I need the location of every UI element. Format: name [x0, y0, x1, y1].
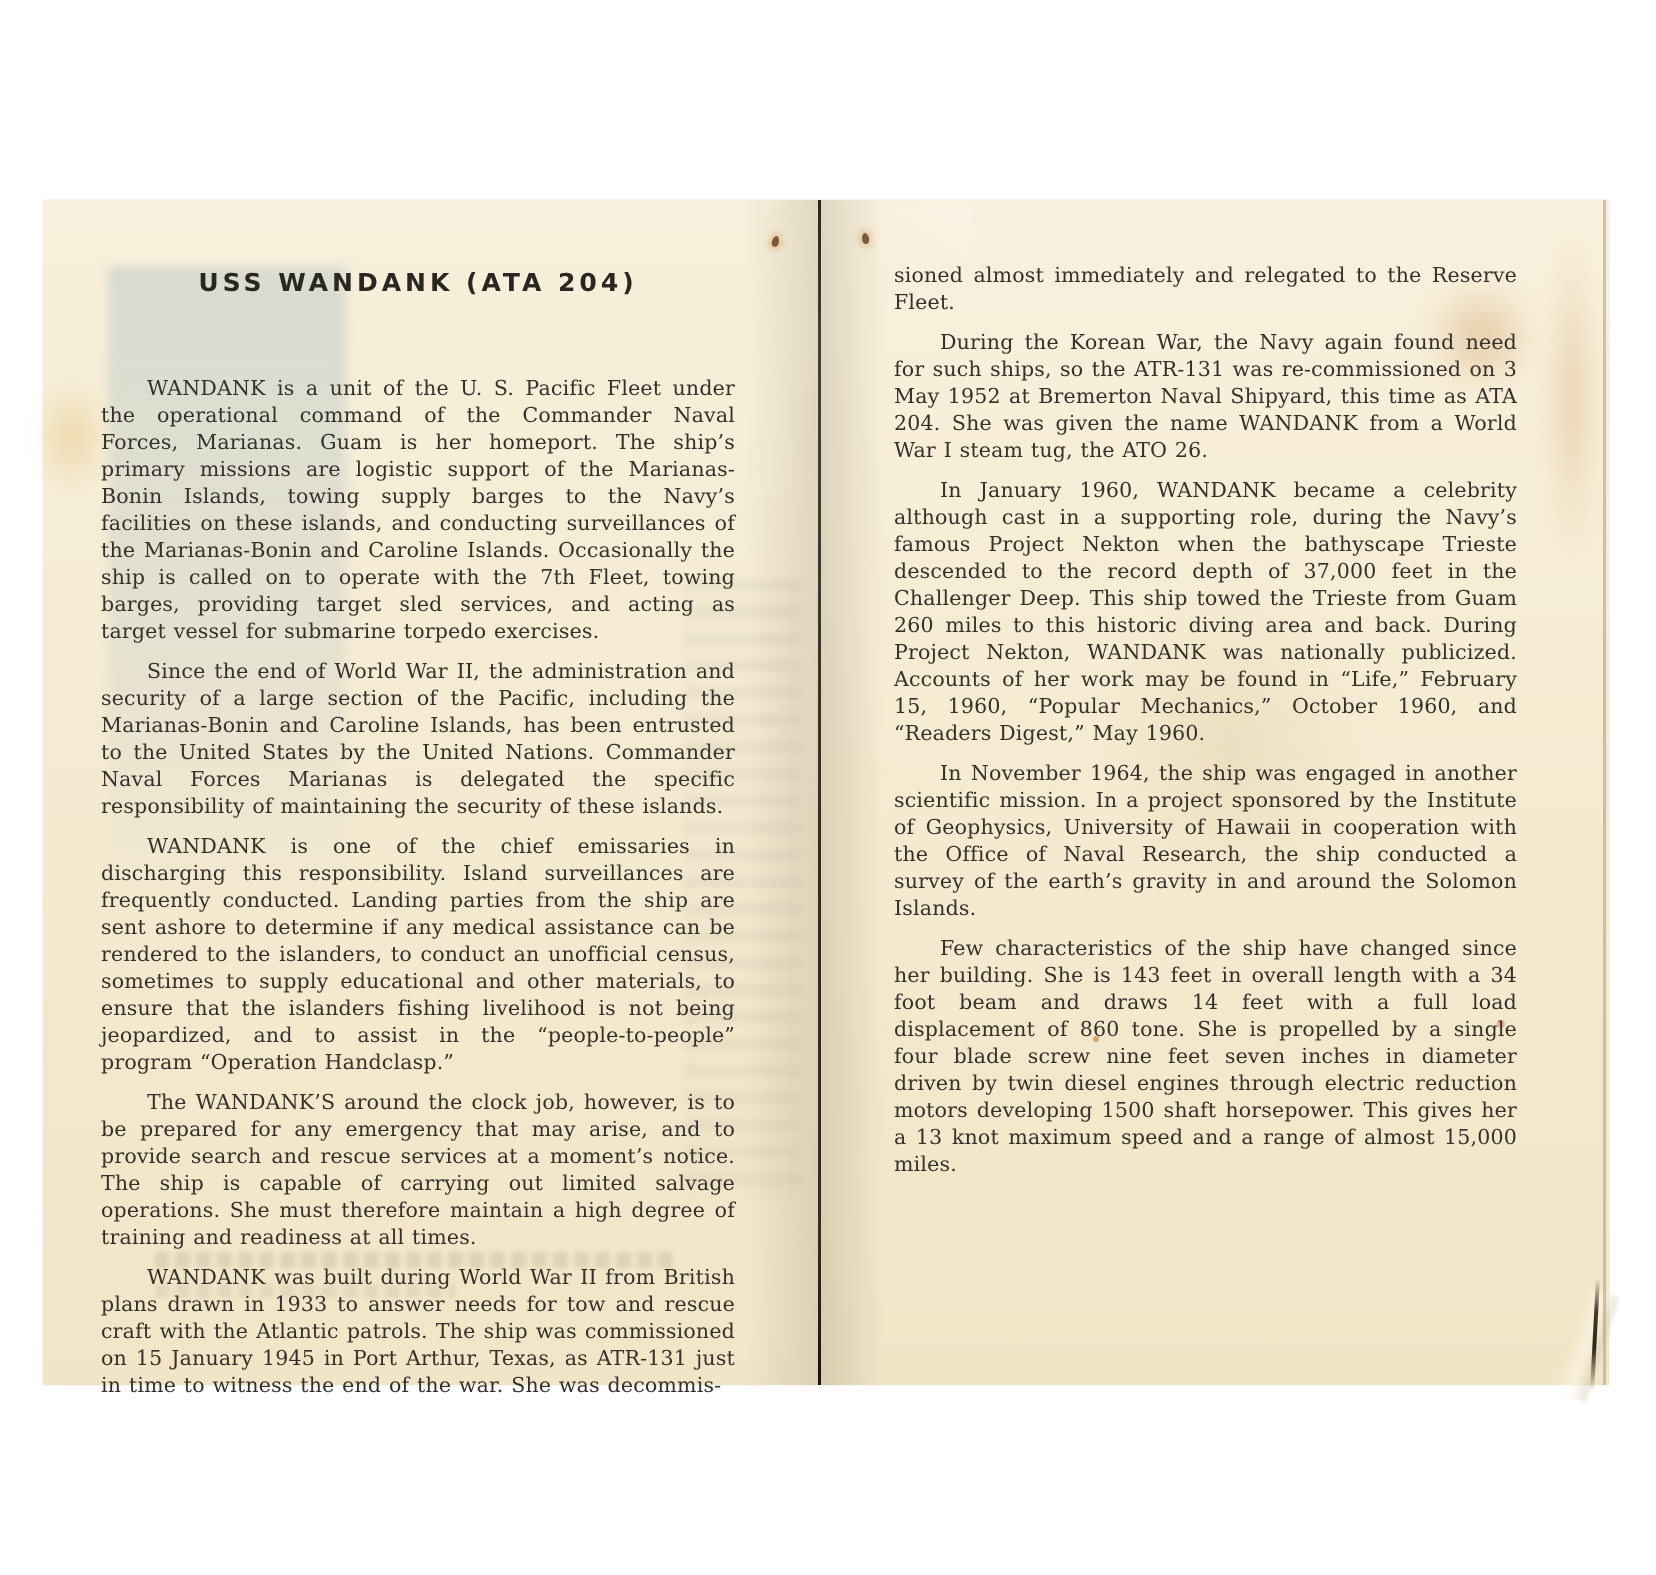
- paragraph: WANDANK was built during World War II fr…: [101, 1264, 735, 1399]
- left-page: USS WANDANK (ATA 204) WANDANK is a unit …: [43, 200, 818, 1385]
- corner-crease: [1553, 1287, 1619, 1402]
- left-text-column: USS WANDANK (ATA 204) WANDANK is a unit …: [101, 268, 735, 1412]
- booklet-paper: USS WANDANK (ATA 204) WANDANK is a unit …: [43, 200, 1609, 1385]
- right-page: sioned almost immediately and relegated …: [821, 200, 1609, 1385]
- page-title: USS WANDANK (ATA 204): [101, 268, 735, 297]
- scanned-booklet-spread: USS WANDANK (ATA 204) WANDANK is a unit …: [0, 0, 1656, 1575]
- spine-fold: [818, 200, 821, 1385]
- paragraph: Few characteristics of the ship have cha…: [894, 935, 1517, 1178]
- paragraph: sioned almost immediately and relegated …: [894, 262, 1517, 316]
- right-text-column: sioned almost immediately and relegated …: [894, 262, 1517, 1191]
- paragraph: The WANDANK’S around the clock job, howe…: [101, 1089, 735, 1251]
- page-edge: [1603, 200, 1606, 1385]
- gutter-shadow: [746, 200, 818, 1385]
- gutter-shadow: [821, 200, 885, 1385]
- right-edge-stain: [1543, 230, 1601, 560]
- paragraph: In January 1960, WANDANK became a celebr…: [894, 477, 1517, 747]
- paragraph: In November 1964, the ship was engaged i…: [894, 760, 1517, 922]
- paragraph: Since the end of World War II, the admin…: [101, 658, 735, 820]
- paragraph: WANDANK is one of the chief emissaries i…: [101, 833, 735, 1076]
- paragraph: WANDANK is a unit of the U. S. Pacific F…: [101, 375, 735, 645]
- left-edge-stain: [35, 378, 109, 494]
- paragraph: During the Korean War, the Navy again fo…: [894, 329, 1517, 464]
